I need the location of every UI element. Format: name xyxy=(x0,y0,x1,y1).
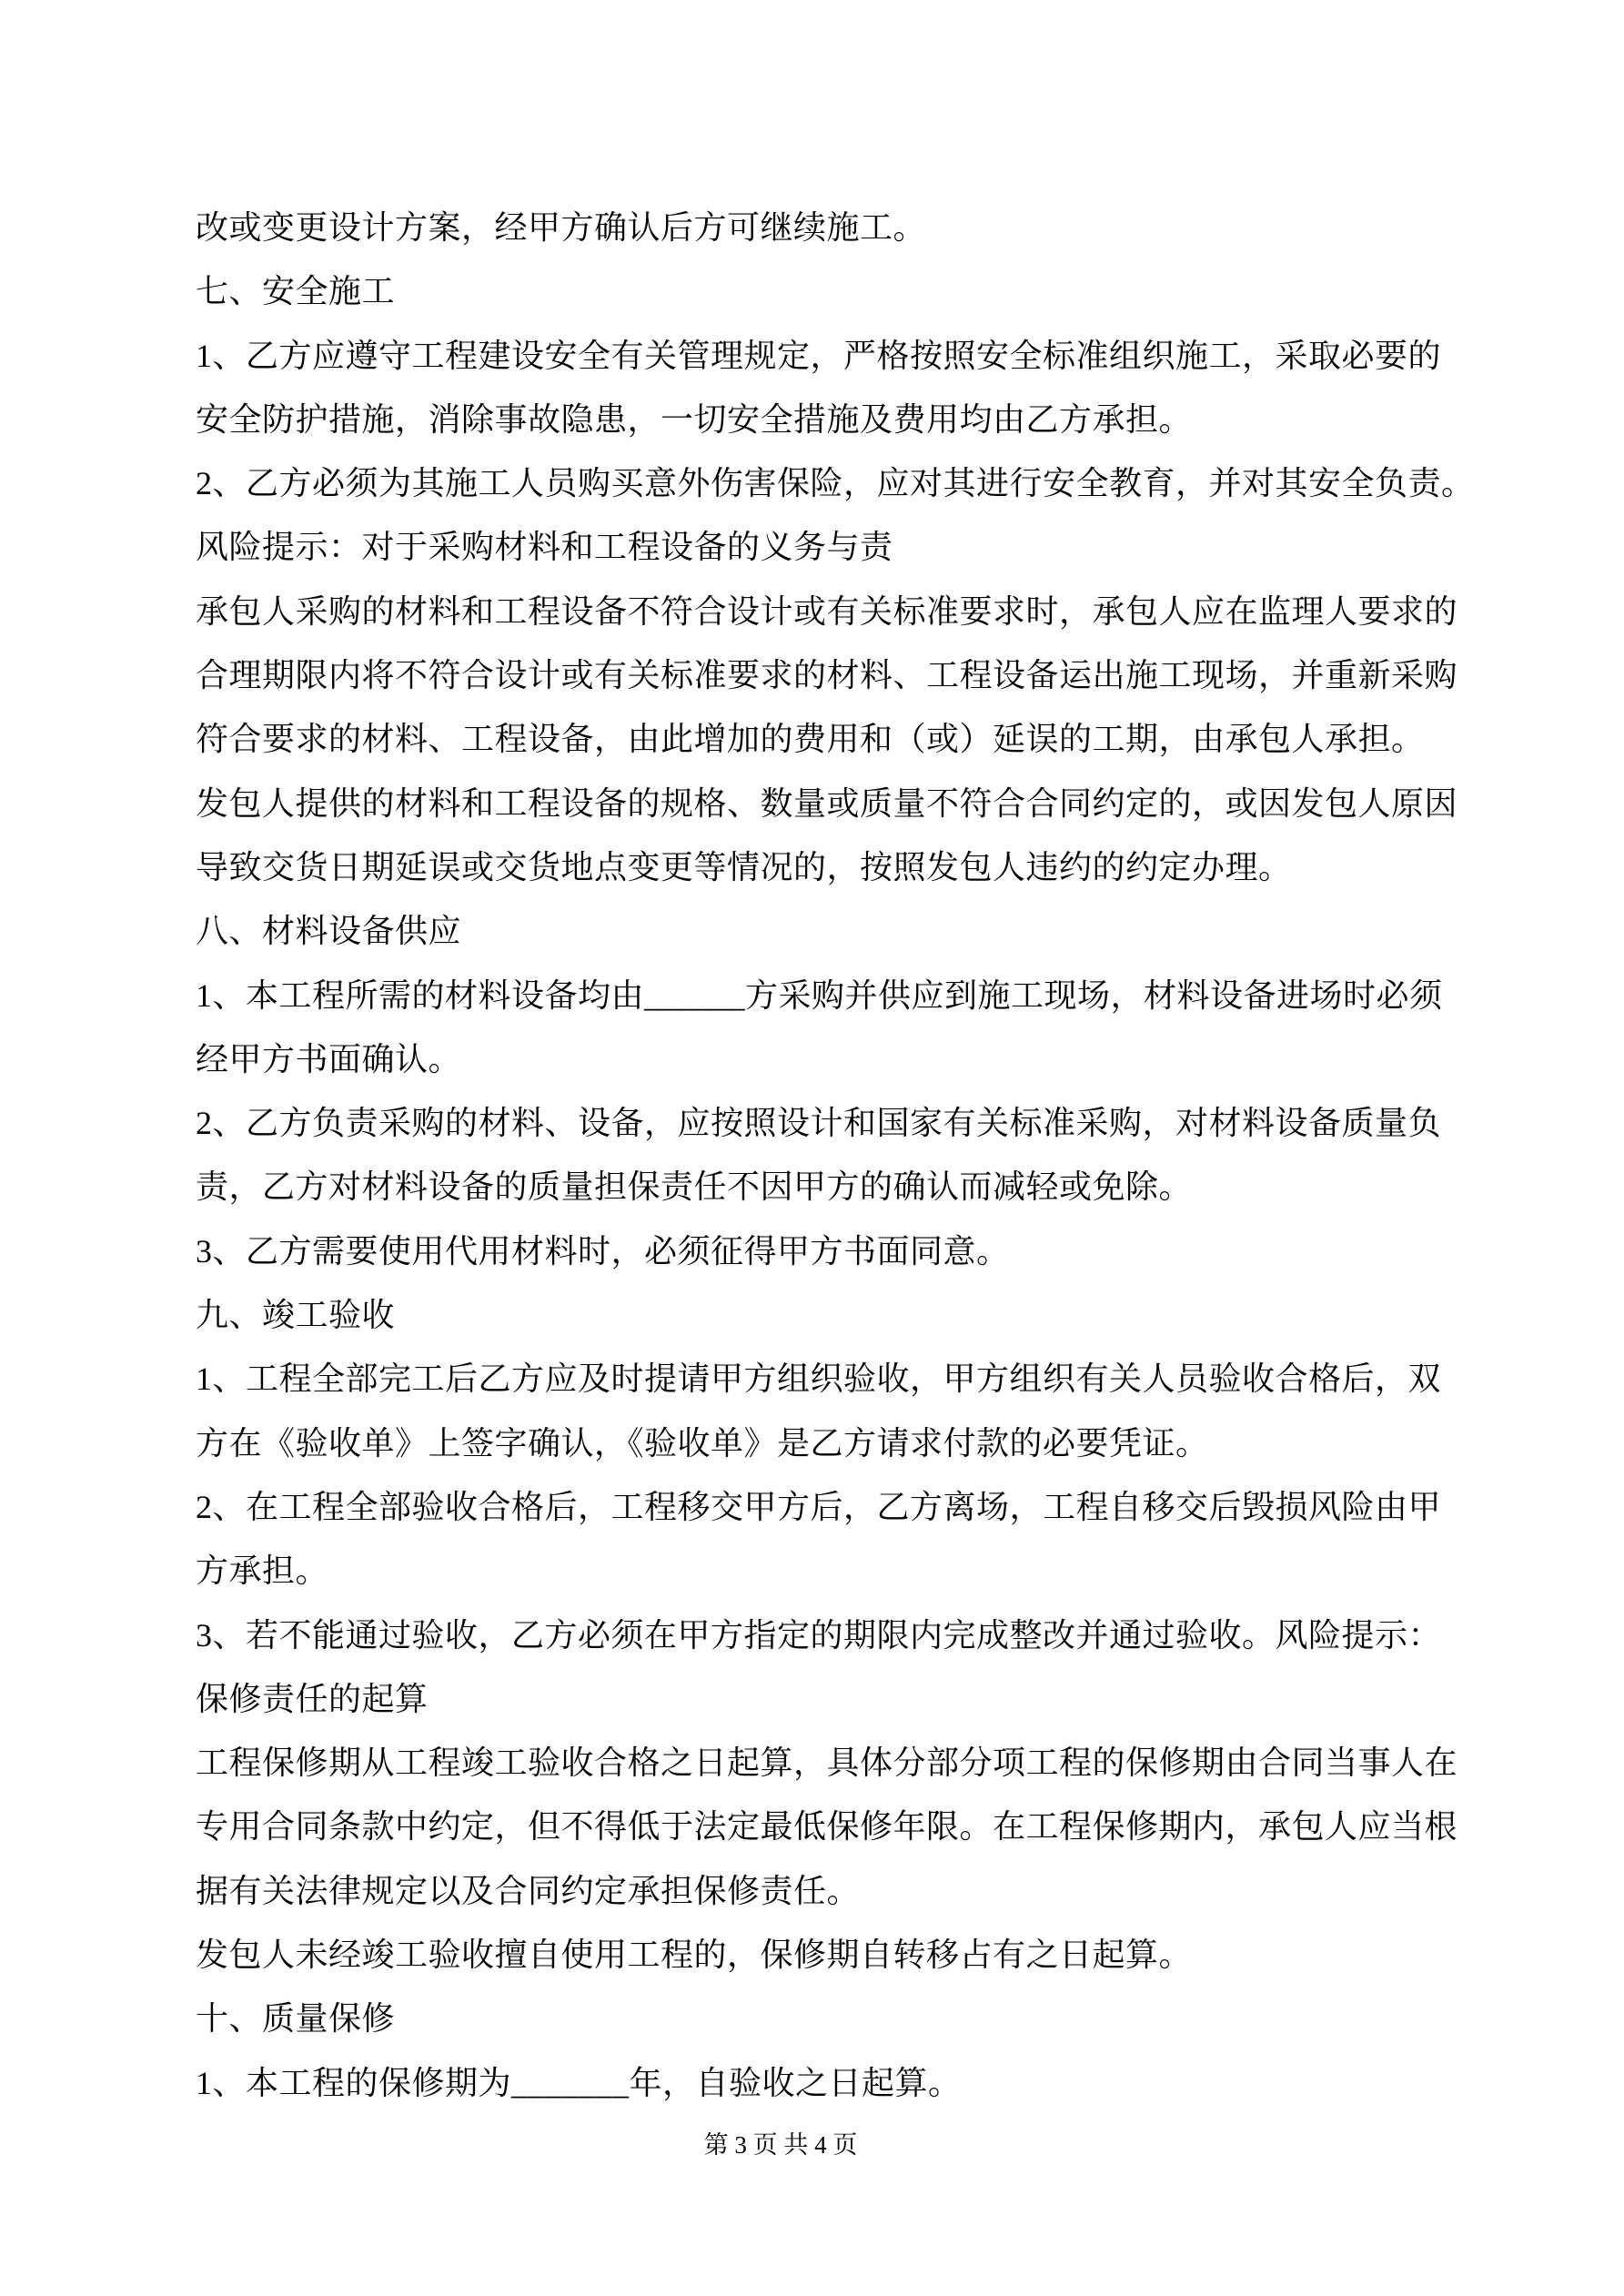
document-line: 安全防护措施，消除事故隐患，一切安全措施及费用均由乙方承担。 xyxy=(196,388,1442,451)
document-line: 责，乙方对材料设备的质量担保责任不因甲方的确认而减轻或免除。 xyxy=(196,1155,1442,1219)
document-line: 2、在工程全部验收合格后，工程移交甲方后，乙方离场，工程自移交后毁损风险由甲 xyxy=(196,1475,1442,1539)
document-line: 风险提示：对于采购材料和工程设备的义务与责 xyxy=(196,515,1442,579)
document-line: 1、本工程的保修期为_______年，自验收之日起算。 xyxy=(196,2051,1442,2115)
document-line: 承包人采购的材料和工程设备不符合设计或有关标准要求时，承包人应在监理人要求的 xyxy=(196,580,1442,643)
document-line: 2、乙方必须为其施工人员购买意外伤害保险，应对其进行安全教育，并对其安全负责。 xyxy=(196,451,1442,515)
document-line: 经甲方书面确认。 xyxy=(196,1027,1442,1091)
document-line: 十、质量保修 xyxy=(196,1987,1442,2050)
document-line: 1、本工程所需的材料设备均由______方采购并供应到施工现场，材料设备进场时必… xyxy=(196,964,1442,1027)
document-line: 方承担。 xyxy=(196,1539,1442,1603)
document-line: 1、乙方应遵守工程建设安全有关管理规定，严格按照安全标准组织施工，采取必要的 xyxy=(196,324,1442,388)
document-line: 七、安全施工 xyxy=(196,259,1442,323)
document-line: 符合要求的材料、工程设备，由此增加的费用和（或）延误的工期，由承包人承担。 xyxy=(196,707,1442,771)
document-line: 方在《验收单》上签字确认，《验收单》是乙方请求付款的必要凭证。 xyxy=(196,1411,1442,1475)
document-body: 改或变更设计方案，经甲方确认后方可继续施工。七、安全施工1、乙方应遵守工程建设安… xyxy=(196,196,1442,2115)
document-line: 2、乙方负责采购的材料、设备，应按照设计和国家有关标准采购，对材料设备质量负 xyxy=(196,1091,1442,1155)
document-line: 导致交货日期延误或交货地点变更等情况的，按照发包人违约的约定办理。 xyxy=(196,835,1442,899)
document-line: 3、乙方需要使用代用材料时，必须征得甲方书面同意。 xyxy=(196,1219,1442,1283)
document-line: 改或变更设计方案，经甲方确认后方可继续施工。 xyxy=(196,196,1442,259)
document-line: 发包人未经竣工验收擅自使用工程的，保修期自转移占有之日起算。 xyxy=(196,1923,1442,1987)
document-page: 改或变更设计方案，经甲方确认后方可继续施工。七、安全施工1、乙方应遵守工程建设安… xyxy=(0,0,1624,2296)
document-line: 工程保修期从工程竣工验收合格之日起算，具体分部分项工程的保修期由合同当事人在 xyxy=(196,1731,1442,1795)
document-line: 保修责任的起算 xyxy=(196,1667,1442,1731)
document-line: 据有关法律规定以及合同约定承担保修责任。 xyxy=(196,1859,1442,1923)
page-number-footer: 第 3 页 共 4 页 xyxy=(157,2130,1404,2159)
document-line: 1、工程全部完工后乙方应及时提请甲方组织验收，甲方组织有关人员验收合格后，双 xyxy=(196,1347,1442,1411)
document-line: 九、竣工验收 xyxy=(196,1283,1442,1347)
document-line: 发包人提供的材料和工程设备的规格、数量或质量不符合合同约定的，或因发包人原因 xyxy=(196,772,1442,835)
document-line: 3、若不能通过验收，乙方必须在甲方指定的期限内完成整改并通过验收。风险提示： xyxy=(196,1603,1442,1667)
document-line: 八、材料设备供应 xyxy=(196,899,1442,963)
document-line: 专用合同条款中约定，但不得低于法定最低保修年限。在工程保修期内，承包人应当根 xyxy=(196,1795,1442,1858)
document-line: 合理期限内将不符合设计或有关标准要求的材料、工程设备运出施工现场，并重新采购 xyxy=(196,643,1442,707)
